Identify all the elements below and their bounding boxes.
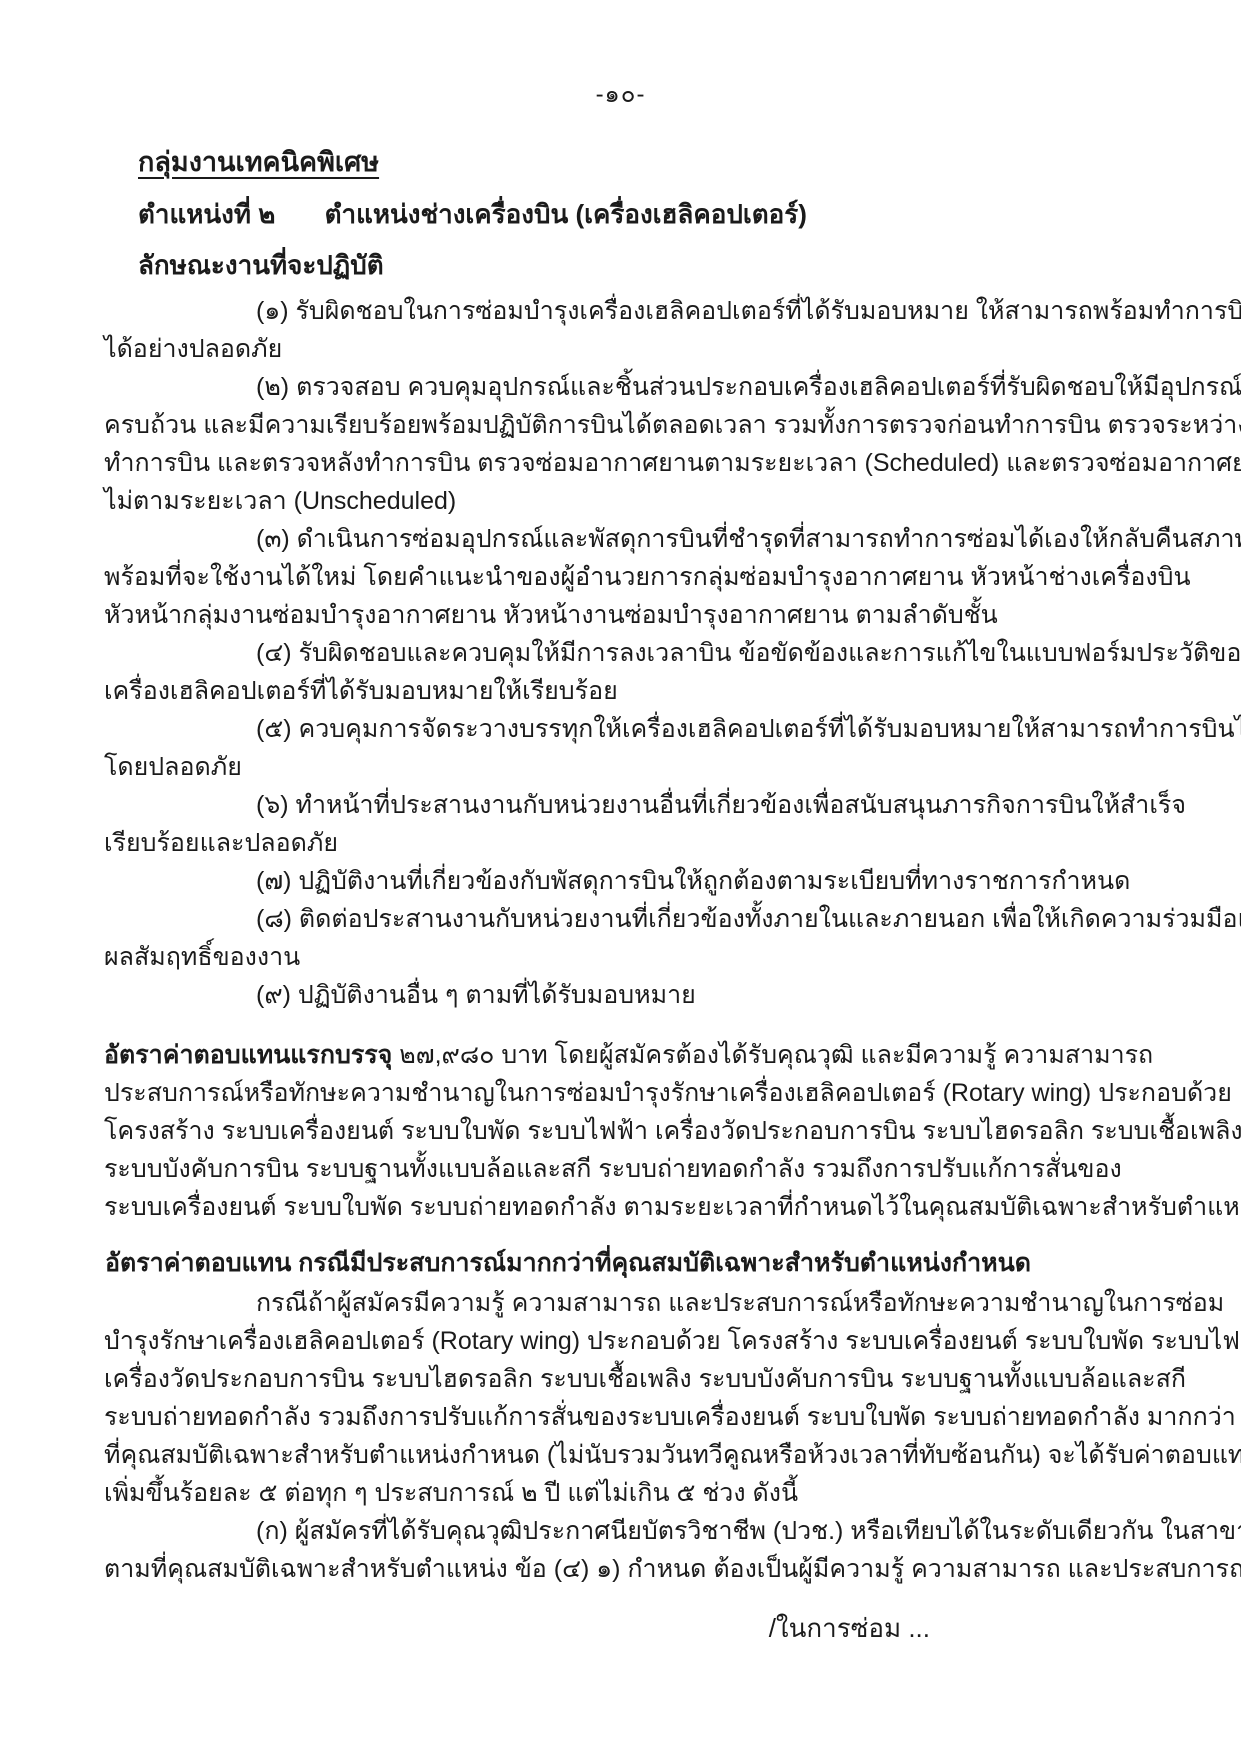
experience-line: เครื่องวัดประกอบการบิน ระบบไฮดรอลิก ระบบ… — [104, 1360, 1139, 1398]
duty-2-line: ครบถ้วน และมีความเรียบร้อยพร้อมปฏิบัติกา… — [104, 406, 1139, 444]
page-number: -๑๐- — [0, 74, 1241, 113]
salary-lead-label: อัตราค่าตอบแทนแรกบรรจุ — [104, 1041, 392, 1069]
salary-line: ระบบบังคับการบิน ระบบฐานทั้งแบบล้อและสกี… — [104, 1150, 1139, 1188]
salary-paragraph: อัตราค่าตอบแทนแรกบรรจุ ๒๗,๙๘๐ บาท โดยผู้… — [104, 1036, 1139, 1226]
experience-line: เพิ่มขึ้นร้อยละ ๕ ต่อทุก ๆ ประสบการณ์ ๒ … — [104, 1474, 1139, 1512]
experience-line: บำรุงรักษาเครื่องเฮลิคอปเตอร์ (Rotary wi… — [104, 1322, 1139, 1360]
section-header: กลุ่มงานเทคนิคพิเศษ — [138, 140, 379, 183]
salary-line: ระบบเครื่องยนต์ ระบบใบพัด ระบบถ่ายทอดกำล… — [104, 1188, 1139, 1226]
item-k-paragraph: (ก) ผู้สมัครที่ได้รับคุณวุฒิประกาศนียบัต… — [104, 1512, 1139, 1588]
duties-list: (๑) รับผิดชอบในการซ่อมบำรุงเครื่องเฮลิคอ… — [104, 292, 1139, 1014]
duties-header: ลักษณะงานที่จะปฏิบัติ — [138, 246, 384, 284]
duty-2-line: (๒) ตรวจสอบ ควบคุมอุปกรณ์และชิ้นส่วนประก… — [104, 368, 1139, 406]
duty-4-line: (๔) รับผิดชอบและควบคุมให้มีการลงเวลาบิน … — [104, 634, 1139, 672]
scan-artifact-dot — [109, 1056, 113, 1060]
duty-2-line: ทำการบิน และตรวจหลังทำการบิน ตรวจซ่อมอาก… — [104, 444, 1139, 482]
experience-line: ระบบถ่ายทอดกำลัง รวมถึงการปรับแก้การสั่น… — [104, 1398, 1139, 1436]
duty-6-line: (๖) ทำหน้าที่ประสานงานกับหน่วยงานอื่นที่… — [104, 786, 1139, 824]
duty-9-line: (๙) ปฏิบัติงานอื่น ๆ ตามที่ได้รับมอบหมาย — [104, 976, 1139, 1014]
position-title: ตำแหน่งช่างเครื่องบิน (เครื่องเฮลิคอปเตอ… — [325, 199, 807, 229]
experience-line: ที่คุณสมบัติเฉพาะสำหรับตำแหน่งกำหนด (ไม่… — [104, 1436, 1139, 1474]
document-page: -๑๐- กลุ่มงานเทคนิคพิเศษ ตำแหน่งที่ ๒ ตำ… — [0, 0, 1241, 1755]
item-k-line: ตามที่คุณสมบัติเฉพาะสำหรับตำแหน่ง ข้อ (๔… — [104, 1550, 1139, 1588]
duty-5-line: (๕) ควบคุมการจัดระวางบรรทุกให้เครื่องเฮล… — [104, 710, 1139, 748]
duty-8-line: ผลสัมฤทธิ์ของงาน — [104, 938, 1139, 976]
duty-4-line: เครื่องเฮลิคอปเตอร์ที่ได้รับมอบหมายให้เร… — [104, 672, 1139, 710]
item-k-line: (ก) ผู้สมัครที่ได้รับคุณวุฒิประกาศนียบัต… — [104, 1512, 1139, 1550]
experience-line: กรณีถ้าผู้สมัครมีความรู้ ความสามารถ และป… — [104, 1284, 1139, 1322]
salary-first-line-rest: ๒๗,๙๘๐ บาท โดยผู้สมัครต้องได้รับคุณวุฒิ … — [392, 1041, 1153, 1069]
duty-6-line: เรียบร้อยและปลอดภัย — [104, 824, 1139, 862]
duty-3-line: พร้อมที่จะใช้งานได้ใหม่ โดยคำแนะนำของผู้… — [104, 558, 1139, 596]
duty-1-line: ได้อย่างปลอดภัย — [104, 330, 1139, 368]
duty-8-line: (๘) ติดต่อประสานงานกับหน่วยงานที่เกี่ยวข… — [104, 900, 1139, 938]
experience-paragraph: กรณีถ้าผู้สมัครมีความรู้ ความสามารถ และป… — [104, 1284, 1139, 1512]
duty-5-line: โดยปลอดภัย — [104, 748, 1139, 786]
salary-first-line: อัตราค่าตอบแทนแรกบรรจุ ๒๗,๙๘๐ บาท โดยผู้… — [104, 1036, 1139, 1074]
salary-line: ประสบการณ์หรือทักษะความชำนาญในการซ่อมบำร… — [104, 1074, 1139, 1112]
continuation-mark: /ในการซ่อม ... — [0, 1608, 930, 1649]
duty-3-line: (๓) ดำเนินการซ่อมอุปกรณ์และพัสดุการบินที… — [104, 520, 1139, 558]
duty-2-line: ไม่ตามระยะเวลา (Unscheduled) — [104, 482, 1139, 520]
duty-7-line: (๗) ปฏิบัติงานที่เกี่ยวข้องกับพัสดุการบิ… — [104, 862, 1139, 900]
position-number: ตำแหน่งที่ ๒ — [138, 199, 275, 229]
position-title-line: ตำแหน่งที่ ๒ ตำแหน่งช่างเครื่องบิน (เครื… — [138, 194, 807, 235]
duty-1-line: (๑) รับผิดชอบในการซ่อมบำรุงเครื่องเฮลิคอ… — [104, 292, 1139, 330]
experience-rate-header: อัตราค่าตอบแทน กรณีมีประสบการณ์มากกว่าที… — [105, 1244, 1140, 1282]
salary-line: โครงสร้าง ระบบเครื่องยนต์ ระบบใบพัด ระบบ… — [104, 1112, 1139, 1150]
duty-3-line: หัวหน้ากลุ่มงานซ่อมบำรุงอากาศยาน หัวหน้า… — [104, 596, 1139, 634]
